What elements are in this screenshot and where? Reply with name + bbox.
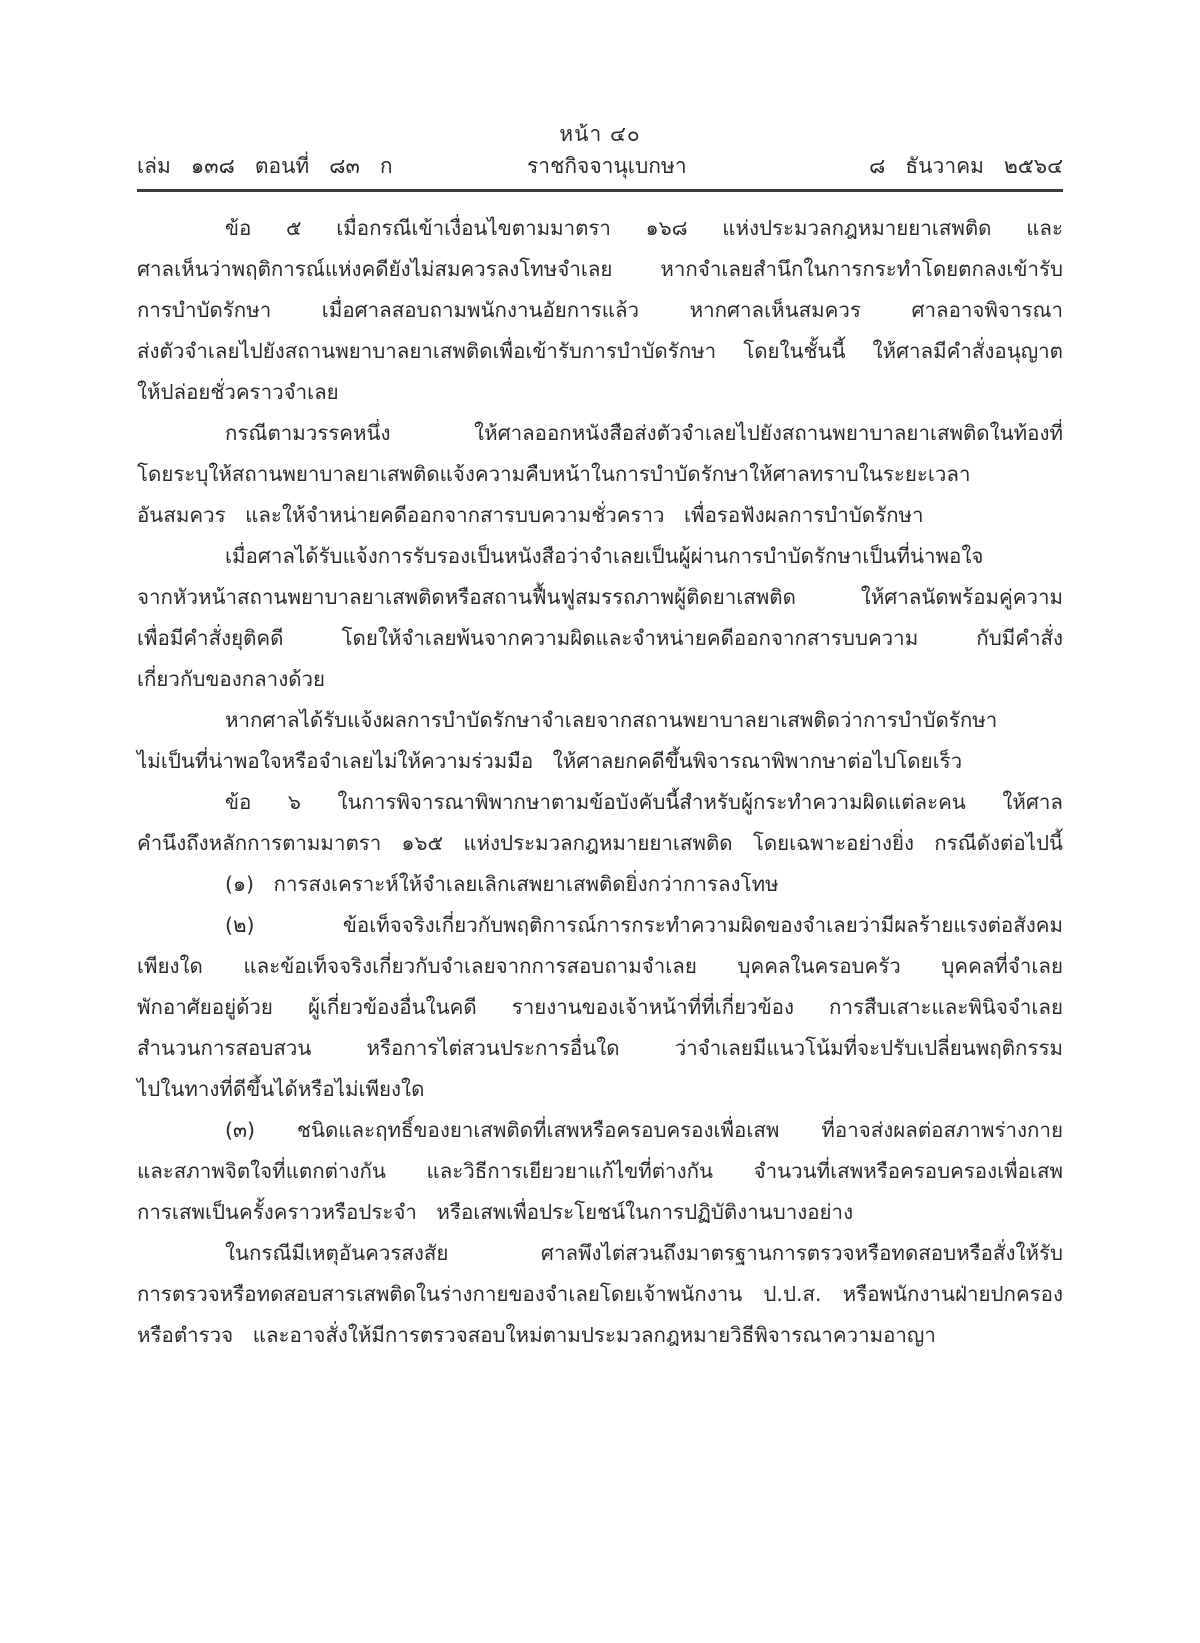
- body-line: พักอาศัยอยู่ด้วย ผู้เกี่ยวข้องอื่นในคดี …: [137, 987, 1063, 1028]
- body-line: หากศาลได้รับแจ้งผลการบำบัดรักษาจำเลยจากส…: [137, 700, 1063, 741]
- body-line: ข้อ ๕ เมื่อกรณีเข้าเงื่อนไขตามมาตรา ๑๖๘ …: [137, 208, 1063, 249]
- body-line: ส่งตัวจำเลยไปยังสถานพยาบาลยาเสพติดเพื่อเ…: [137, 331, 1063, 372]
- body-line: (๓) ชนิดและฤทธิ์ของยาเสพติดที่เสพหรือครอ…: [137, 1110, 1063, 1151]
- body-line: เกี่ยวกับของกลางด้วย: [137, 659, 1063, 700]
- gazette-header: เล่ม ๑๓๘ ตอนที่ ๘๓ ก ราชกิจจานุเบกษา ๘ ธ…: [137, 150, 1063, 180]
- body-line: (๒) ข้อเท็จจริงเกี่ยวกับพฤติการณ์การกระท…: [137, 905, 1063, 946]
- body-line: ศาลเห็นว่าพฤติการณ์แห่งคดียังไม่สมควรลงโ…: [137, 249, 1063, 290]
- body-line: สำนวนการสอบสวน หรือการไต่สวนประการอื่นใด…: [137, 1028, 1063, 1069]
- body-line: ไปในทางที่ดีขึ้นได้หรือไม่เพียงใด: [137, 1069, 1063, 1110]
- body-line: ให้ปล่อยชั่วคราวจำเลย: [137, 372, 1063, 413]
- body-line: ไม่เป็นที่น่าพอใจหรือจำเลยไม่ให้ความร่วม…: [137, 741, 1063, 782]
- body-line: การบำบัดรักษา เมื่อศาลสอบถามพนักงานอัยกา…: [137, 290, 1063, 331]
- body-line: เพื่อมีคำสั่งยุติคดี โดยให้จำเลยพ้นจากคว…: [137, 618, 1063, 659]
- body-line: เพียงใด และข้อเท็จจริงเกี่ยวกับจำเลยจากก…: [137, 946, 1063, 987]
- volume-issue: เล่ม ๑๓๘ ตอนที่ ๘๓ ก: [137, 150, 393, 183]
- publication-date: ๘ ธันวาคม ๒๕๖๔: [869, 150, 1063, 183]
- body-line: กรณีตามวรรคหนึ่ง ให้ศาลออกหนังสือส่งตัวจ…: [137, 413, 1063, 454]
- body-line: ข้อ ๖ ในการพิจารณาพิพากษาตามข้อบังคับนี้…: [137, 782, 1063, 823]
- body-line: และสภาพจิตใจที่แตกต่างกัน และวิธีการเยีย…: [137, 1151, 1063, 1192]
- body-line: อันสมควร และให้จำหน่ายคดีออกจากสารบบความ…: [137, 495, 1063, 536]
- publication-title: ราชกิจจานุเบกษา: [527, 150, 687, 183]
- body-line: คำนึงถึงหลักการตามมาตรา ๑๖๕ แห่งประมวลกฎ…: [137, 823, 1063, 864]
- header-divider: [137, 189, 1063, 192]
- body-line: หรือตำรวจ และอาจสั่งให้มีการตรวจสอบใหม่ต…: [137, 1315, 1063, 1356]
- page-number: หน้า ๔๐: [137, 118, 1063, 151]
- document-body: ข้อ ๕ เมื่อกรณีเข้าเงื่อนไขตามมาตรา ๑๖๘ …: [137, 208, 1063, 1356]
- body-line: โดยระบุให้สถานพยาบาลยาเสพติดแจ้งความคืบห…: [137, 454, 1063, 495]
- body-line: (๑) การสงเคราะห์ให้จำเลยเลิกเสพยาเสพติดย…: [137, 864, 1063, 905]
- body-line: ในกรณีมีเหตุอันควรสงสัย ศาลพึงไต่สวนถึงม…: [137, 1233, 1063, 1274]
- body-line: จากหัวหน้าสถานพยาบาลยาเสพติดหรือสถานฟื้น…: [137, 577, 1063, 618]
- body-line: เมื่อศาลได้รับแจ้งการรับรองเป็นหนังสือว่…: [137, 536, 1063, 577]
- body-line: การเสพเป็นครั้งคราวหรือประจำ หรือเสพเพื่…: [137, 1192, 1063, 1233]
- body-line: การตรวจหรือทดสอบสารเสพติดในร่างกายของจำเ…: [137, 1274, 1063, 1315]
